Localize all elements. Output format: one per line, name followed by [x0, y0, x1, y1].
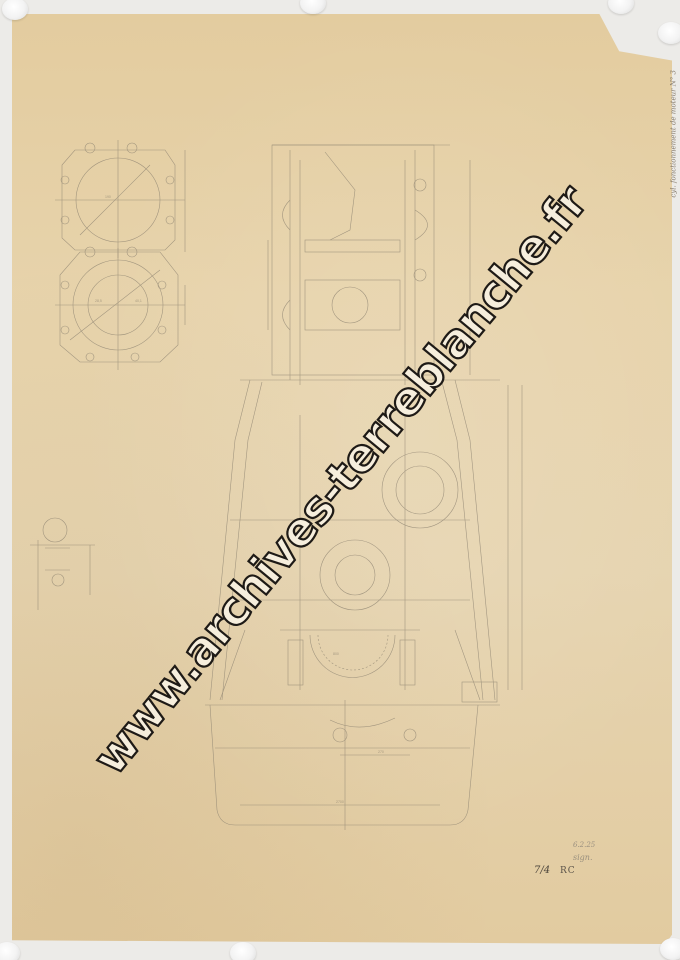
svg-text:2700: 2700: [336, 800, 344, 804]
svg-text:800: 800: [333, 652, 339, 656]
small-detail-view: [30, 518, 95, 610]
svg-text:270: 270: [378, 750, 384, 754]
svg-text:40,1: 40,1: [135, 299, 142, 303]
initials: RC: [560, 866, 576, 876]
signature-annotation: sign.: [573, 853, 592, 862]
flange-bottom-view: [55, 247, 185, 370]
pushpin: [230, 942, 256, 960]
engine-base: [205, 700, 500, 830]
main-bearing: [220, 630, 497, 702]
pushpin: [660, 938, 680, 960]
flange-top-view: [55, 140, 185, 258]
date-annotation: 6.2.25: [573, 841, 595, 849]
svg-text:28,5: 28,5: [95, 299, 102, 303]
pushpin: [658, 22, 680, 44]
sheet-number: 7/4: [534, 865, 550, 876]
margin-annotation: cyl. fonctionnement de moteur N° 3: [670, 70, 678, 198]
svg-text:190: 190: [105, 195, 111, 199]
